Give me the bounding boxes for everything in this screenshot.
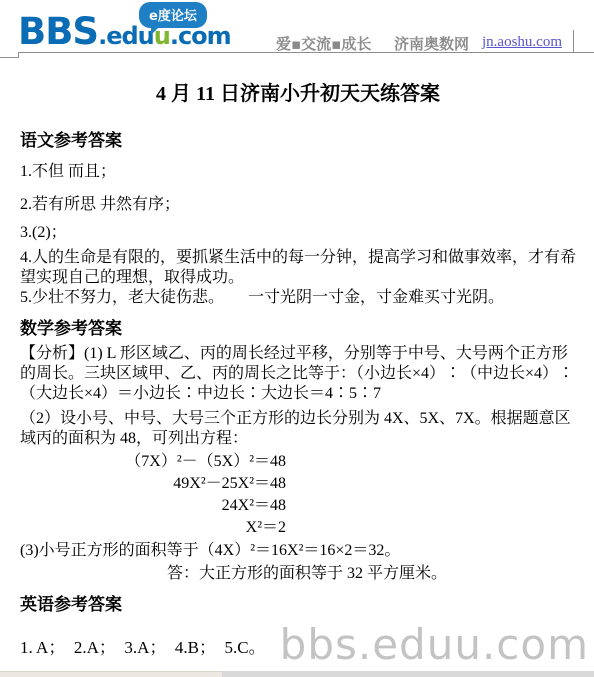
- site-link[interactable]: jn.aoshu.com: [482, 34, 562, 51]
- section-heading-math: 数学参考答案: [20, 318, 576, 339]
- bottom-scrollbar-thumb[interactable]: [0, 671, 222, 677]
- bottom-scrollbar[interactable]: [0, 671, 594, 677]
- article-body: 4 月 11 日济南小升初天天练答案 语文参考答案 1.不但 而且； 2.若有所…: [0, 58, 594, 658]
- site-tagline: 爱▪交流▪成长: [276, 33, 371, 54]
- site-name-label: 济南奥数网: [394, 33, 469, 54]
- section-heading-english: 英语参考答案: [20, 594, 576, 615]
- forum-badge-bubble[interactable]: e度论坛: [139, 2, 207, 28]
- watermark-text: bbs.eduu.com: [280, 620, 589, 669]
- math-final-answer: 答：大正方形的面积等于 32 平方厘米。: [167, 564, 576, 584]
- header-divider-right-tick: [573, 30, 574, 52]
- header-divider-line: [19, 52, 594, 53]
- math-step3-paragraph: (3)小号正方形的面积等于（4X）²＝16X²＝16×2＝32。: [20, 541, 576, 561]
- chinese-answer-3: 3.(2)；: [20, 223, 576, 243]
- math-equation-2: 49X²－25X²＝48: [20, 473, 286, 495]
- chinese-answer-2: 2.若有所思 井然有序；: [20, 195, 576, 215]
- logo-dot: .: [98, 22, 106, 50]
- bottom-scrollbar-track[interactable]: [222, 671, 594, 677]
- chinese-answer-4: 4.人的生命是有限的，要抓紧生活中的每一分钟，提高学习和做事效率，才有希望实现自…: [20, 248, 576, 288]
- page-title: 4 月 11 日济南小升初天天练答案: [20, 82, 576, 106]
- site-header: BBS.eduu.com e度论坛 爱▪交流▪成长 济南奥数网 jn.aoshu…: [0, 0, 594, 58]
- logo-bbs-text: BBS: [18, 10, 98, 53]
- chinese-answer-5: 5.少壮不努力，老大徒伤悲。 一寸光阴一寸金，寸金难买寸光阴。: [20, 288, 576, 308]
- section-heading-chinese: 语文参考答案: [20, 130, 576, 151]
- chinese-answer-1: 1.不但 而且；: [20, 162, 576, 182]
- math-equations-block: （7X）²－（5X）²＝48 49X²－25X²＝48 24X²＝48 X²＝2: [20, 451, 286, 539]
- math-equation-1: （7X）²－（5X）²＝48: [20, 451, 286, 473]
- math-analysis-paragraph: 【分析】(1) L 形区域乙、丙的周长经过平移，分别等于中号、大号两个正方形的周…: [20, 344, 576, 404]
- math-equation-4: X²＝2: [20, 517, 286, 539]
- math-setup-paragraph: （2）设小号、中号、大号三个正方形的边长分别为 4X、5X、7X。根据题意区域丙…: [20, 409, 576, 449]
- math-equation-3: 24X²＝48: [20, 495, 286, 517]
